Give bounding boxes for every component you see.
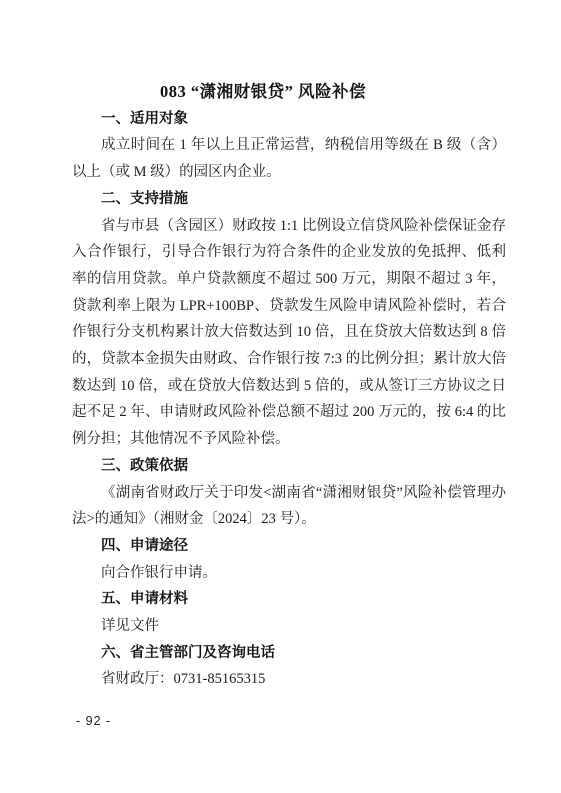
section-paragraph-application-materials: 详见文件 <box>72 613 506 640</box>
section-paragraph-application-channel: 向合作银行申请。 <box>72 560 506 587</box>
section-heading-department-contact: 六、省主管部门及咨询电话 <box>72 640 506 667</box>
page-title: 083 “潇湘财银贷” 风险补偿 <box>72 79 454 106</box>
section-paragraph-applicable-objects: 成立时间在 1 年以上且正常运营，纳税信用等级在 B 级（含）以上（或 M 级）… <box>72 132 506 185</box>
section-heading-policy-basis: 三、政策依据 <box>72 453 506 480</box>
section-heading-applicable-objects: 一、适用对象 <box>72 106 506 133</box>
section-heading-support-measures: 二、支持措施 <box>72 186 506 213</box>
section-paragraph-policy-basis: 《湖南省财政厅关于印发<湖南省“潇湘财银贷”风险补偿管理办法>的通知》（湘财金〔… <box>72 480 506 533</box>
section-heading-application-materials: 五、申请材料 <box>72 586 506 613</box>
document-page: 083 “潇湘财银贷” 风险补偿 一、适用对象 成立时间在 1 年以上且正常运营… <box>0 0 561 793</box>
page-number: - 92 - <box>76 714 111 728</box>
section-paragraph-department-contact: 省财政厅：0731-85165315 <box>72 666 506 693</box>
section-heading-application-channel: 四、申请途径 <box>72 533 506 560</box>
document-content: 083 “潇湘财银贷” 风险补偿 一、适用对象 成立时间在 1 年以上且正常运营… <box>72 79 506 693</box>
section-paragraph-support-measures: 省与市县（含园区）财政按 1:1 比例设立信贷风险补偿保证金存入合作银行，引导合… <box>72 213 506 453</box>
